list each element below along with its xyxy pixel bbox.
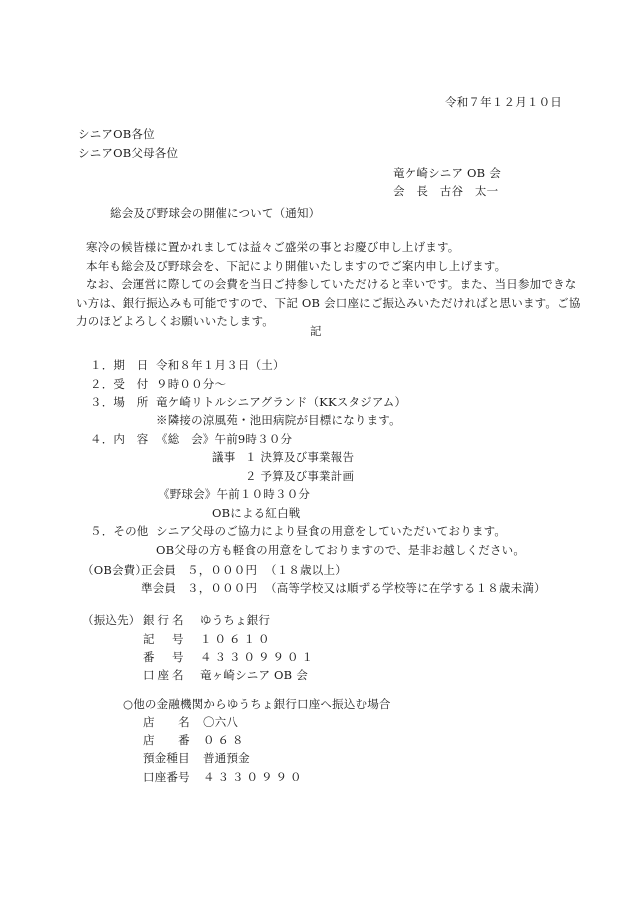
fee-regular-type: 正会員 [141, 563, 176, 577]
transfer-number-value: ４３３０９９０１ [200, 650, 316, 664]
sender-name: 会 長 古谷 太一 [393, 184, 498, 198]
other-bank-branch-name-value: 〇六八 [203, 715, 238, 729]
item-5-value-1: シニア父母のご協力により昼食の用意をしていただいております。 [156, 524, 506, 538]
item-4-agenda-2: ２ 予算及び事業計画 [245, 469, 354, 483]
transfer-account-value: 竜ヶ崎シニア OB 会 [200, 668, 308, 682]
item-2-label: ２．受 付 [90, 377, 149, 391]
item-4-agenda-label: 議事 [212, 450, 235, 464]
fee-regular-amount: ５，０００円 [187, 563, 257, 577]
other-bank-type-key: 預金種目 [143, 751, 190, 765]
transfer-symbol-value: １０６１０ [200, 632, 273, 646]
body-line-3: なお、会運営に際しての会費を当日ご持参していただけると幸いです。また、当日参加で… [86, 277, 576, 291]
item-3-note: ※隣接の涼風苑・池田病院が目標になります。 [156, 413, 401, 427]
item-3-value: 竜ケ崎リトルシニアグランド（KKスタジアム） [156, 395, 406, 409]
fee-associate-type: 準会員 [141, 581, 176, 595]
sender-org: 竜ケ崎シニア OB 会 [393, 166, 501, 180]
body-line-1: 寒冷の候皆様に置かれましては益々ご盛栄の事とお慶び申し上げます。 [86, 240, 459, 254]
item-5-label: ５．その他 [90, 524, 149, 538]
document-date: 令和７年１２月１０日 [445, 95, 562, 109]
other-bank-account-key: 口座番号 [143, 770, 190, 784]
transfer-symbol-key: 記 号 [143, 632, 187, 646]
fee-associate-cond: （高等学校又は順ずる学校等に在学する１８歳未満） [265, 581, 546, 595]
other-bank-type-value: 普通預金 [203, 751, 250, 765]
item-4-baseball: 《野球会》午前１０時３０分 [158, 487, 310, 501]
fee-associate-amount: ３，０００円 [187, 581, 257, 595]
item-4-general: 《総 会》午前9時３０分 [156, 432, 292, 446]
other-bank-heading: ○他の金融機関からゆうちょ銀行口座へ振込む場合 [123, 697, 391, 711]
document-title: 総会及び野球会の開催について（通知） [110, 206, 320, 220]
body-line-4: い方は、銀行振込みも可能ですので、下記 OB 会口座にご振込みいただければと思い… [76, 296, 581, 310]
other-bank-branch-name-key: 店 名 [143, 715, 190, 729]
fee-regular-cond: （１８歳以上） [265, 563, 347, 577]
transfer-label: （振込先） [82, 613, 141, 627]
ki-heading: 記 [310, 324, 322, 338]
transfer-number-key: 番 号 [143, 650, 187, 664]
item-1-value: 令和８年１月３日（土） [156, 358, 285, 372]
item-4-label: ４．内 容 [90, 432, 149, 446]
item-5-value-2: OB父母の方も軽食の用意をしておりますので、是非お越しください。 [156, 543, 525, 557]
recipient-1: シニアOB各位 [78, 127, 155, 141]
recipient-2: シニアOB父母各位 [78, 146, 178, 160]
body-line-2: 本年も総会及び野球会を、下記により開催いたしますのでご案内申し上げます。 [86, 259, 506, 273]
other-bank-branch-no-key: 店 番 [143, 733, 190, 747]
item-4-agenda-1: １ 決算及び事業報告 [245, 450, 354, 464]
other-bank-account-value: ４３３０９９０ [203, 770, 305, 784]
fees-label: （OB会費） [82, 563, 147, 577]
item-2-value: ９時００分～ [156, 377, 226, 391]
transfer-account-key: 口座名 [143, 668, 187, 682]
item-3-label: ３．場 所 [90, 395, 149, 409]
item-1-label: １．期 日 [90, 358, 149, 372]
transfer-bank-value: ゆうちょ銀行 [200, 613, 270, 627]
item-4-baseball-note: OBによる紅白戦 [212, 506, 300, 520]
body-line-5: 力のほどよろしくお願いいたします。 [76, 314, 274, 328]
other-bank-branch-no-value: ０６８ [203, 733, 247, 747]
transfer-bank-key: 銀行名 [143, 613, 187, 627]
